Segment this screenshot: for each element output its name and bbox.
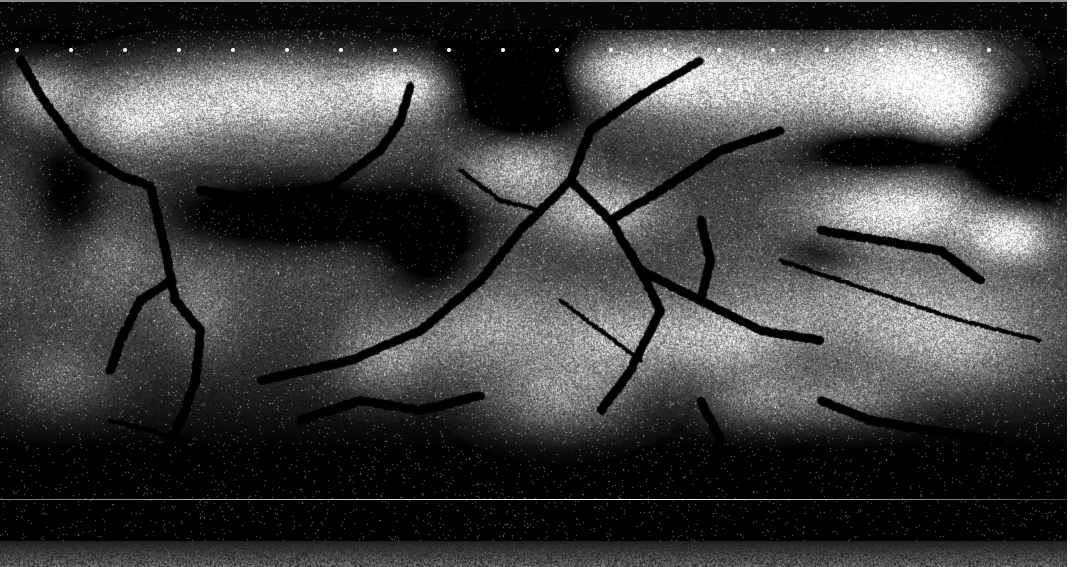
image-right-border [1067,0,1073,567]
radar-terrain-image [0,0,1073,567]
scan-line-artifact [0,499,1066,500]
top-edge-artifact [0,0,1073,2]
